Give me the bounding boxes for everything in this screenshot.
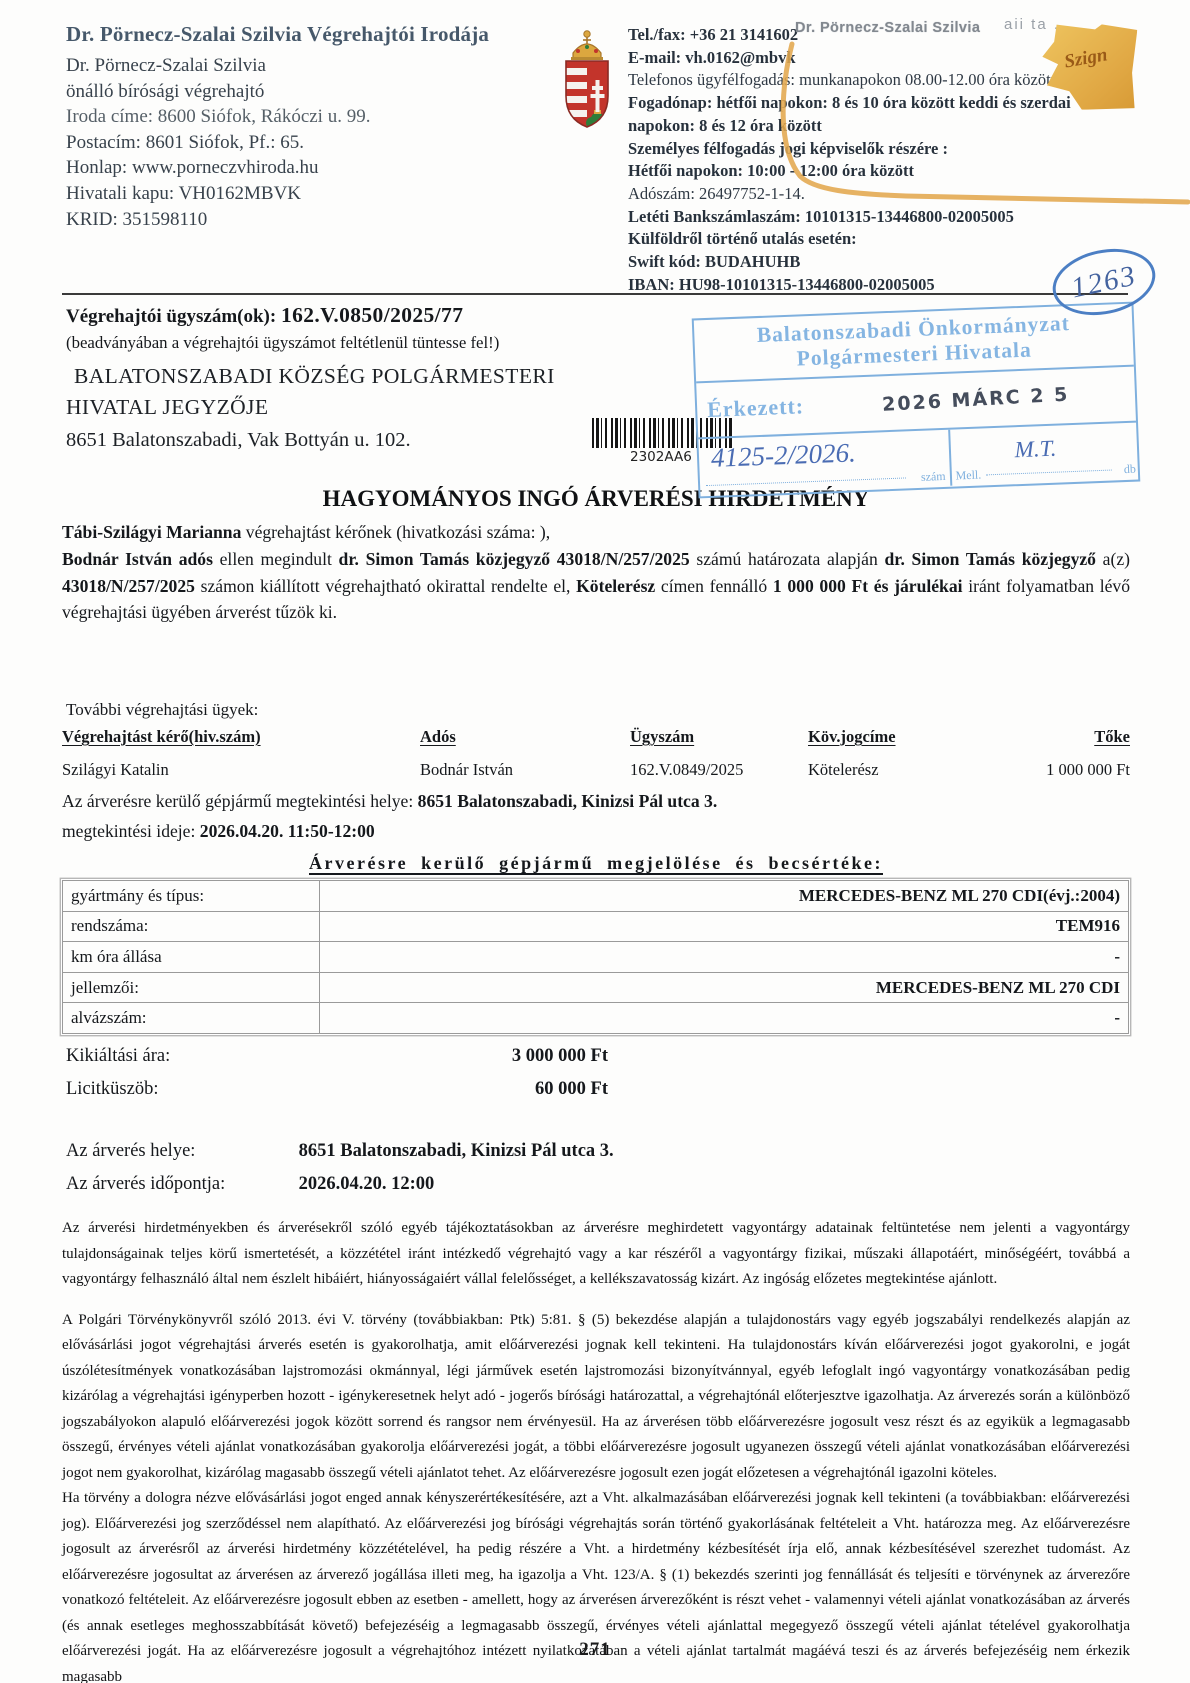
auction-place-label: Az árverés helye: xyxy=(66,1141,294,1162)
stamp-file-number-handwritten: 4125-2/2026. xyxy=(710,437,856,474)
table-row: alvázszám: - xyxy=(63,1003,1128,1033)
stamp-initials-handwritten: M.T. xyxy=(1014,436,1057,464)
auction-time-label: Az árverés időpontja: xyxy=(66,1174,294,1195)
vehicle-vin-value: - xyxy=(320,1008,1128,1028)
intro-paragraph: Tábi-Szilágyi Marianna végrehajtást kérő… xyxy=(62,519,1130,626)
contact-line: napokon: 8 és 12 óra között xyxy=(628,115,1148,138)
hungarian-coat-of-arms-icon xyxy=(556,26,618,132)
table-row: km óra állása - xyxy=(63,942,1128,973)
table-cell-case-number: 162.V.0849/2025 xyxy=(630,760,808,780)
received-stamp: Balatonszabadi Önkormányzat Polgármester… xyxy=(692,302,1141,499)
column-header-debtor: Adós xyxy=(420,727,630,747)
viewing-time-label: megtekintési ideje: xyxy=(62,821,200,841)
auction-time-line: Az árverés időpontja: 2026.04.20. 12:00 xyxy=(66,1174,434,1195)
sticky-note-signature: Szign xyxy=(1063,44,1109,73)
starting-price-label: Kikiáltási ára: xyxy=(66,1046,170,1066)
vehicle-odometer-label: km óra állása xyxy=(63,942,320,972)
stamp-attachment-label: Mell. xyxy=(955,468,981,484)
vehicle-make-value: MERCEDES-BENZ ML 270 CDI(évj.:2004) xyxy=(320,886,1128,906)
stamp-received-label: Érkezett: xyxy=(697,393,805,423)
table-cell-claim-title: Kötelerész xyxy=(808,760,998,780)
addressee-line: HIVATAL JEGYZŐJE xyxy=(66,395,268,420)
contact-line: Letéti Bankszámlaszám: 10101315-13446800… xyxy=(628,206,1148,229)
office-line: Iroda címe: 8600 Siófok, Rákóczi u. 99. xyxy=(66,104,489,130)
vehicle-vin-label: alvázszám: xyxy=(63,1003,320,1033)
contact-line: Külföldről történő utalás esetén: xyxy=(628,228,1148,251)
table-cell-debtor: Bodnár István xyxy=(420,760,630,780)
table-cell-creditor: Szilágyi Katalin xyxy=(62,760,420,780)
starting-price-line: Kikiáltási ára: 3 000 000 Ft xyxy=(66,1046,170,1067)
viewing-place-label: Az árverésre kerülő gépjármű megtekintés… xyxy=(62,791,418,811)
contact-line: Személyes félfogadás jogi képviselők rés… xyxy=(628,138,1148,161)
office-title: Dr. Pörnecz-Szalai Szilvia Végrehajtói I… xyxy=(66,22,489,47)
letterhead-office-block: Dr. Pörnecz-Szalai Szilvia Végrehajtói I… xyxy=(66,22,489,232)
office-line: Dr. Pörnecz-Szalai Szilvia xyxy=(66,53,489,79)
office-line: Hivatali kapu: VH0162MBVK xyxy=(66,181,489,207)
auction-place-line: Az árverés helye: 8651 Balatonszabadi, K… xyxy=(66,1141,614,1162)
overlay-name-stamp: Dr. Pörnecz-Szalai Szilvia xyxy=(795,20,980,36)
scanned-auction-notice-page: Dr. Pörnecz-Szalai Szilvia Végrehajtói I… xyxy=(0,0,1190,1683)
column-header-claim-title: Köv.jogcíme xyxy=(808,727,998,747)
vehicle-section-heading: Árverésre kerülő gépjármű megjelölése és… xyxy=(62,853,1130,874)
circled-number-value: 1263 xyxy=(1068,259,1139,305)
further-cases-heading: További végrehajtási ügyek: xyxy=(66,700,258,720)
legal-paragraph: Az árverési hirdetményekben és árverések… xyxy=(62,1216,1130,1293)
case-number-line: Végrehajtói ügyszám(ok): 162.V.0850/2025… xyxy=(66,303,463,328)
legal-text-block: Az árverési hirdetményekben és árverések… xyxy=(62,1216,1130,1683)
case-number-label: Végrehajtói ügyszám(ok): xyxy=(66,306,281,327)
office-line: önálló bírósági végrehajtó xyxy=(66,79,489,105)
case-number-value: 162.V.0850/2025/77 xyxy=(281,303,463,327)
table-row: rendszáma: TEM916 xyxy=(63,912,1128,943)
auction-time-value: 2026.04.20. 12:00 xyxy=(299,1174,435,1194)
vehicle-plate-label: rendszáma: xyxy=(63,912,320,942)
column-header-principal: Tőke xyxy=(998,727,1130,747)
bid-step-label: Licitküszöb: xyxy=(66,1079,158,1099)
addressee-line: BALATONSZABADI KÖZSÉG POLGÁRMESTERI xyxy=(74,364,555,389)
overlay-text-fragment: aii ta . xyxy=(1004,16,1060,33)
notice-title: HAGYOMÁNYOS INGÓ ÁRVERÉSI HIRDETMÉNY xyxy=(62,486,1130,512)
bid-step-line: Licitküszöb: 60 000 Ft xyxy=(66,1079,158,1100)
stamp-file-number-cell: 4125-2/2026. szám xyxy=(698,430,952,496)
vehicle-features-label: jellemzői: xyxy=(63,973,320,1003)
stamp-unit-label: db xyxy=(1124,462,1137,477)
office-line: KRID: 351598110 xyxy=(66,207,489,233)
vehicle-plate-value: TEM916 xyxy=(320,916,1128,936)
auction-place-value: 8651 Balatonszabadi, Kinizsi Pál utca 3. xyxy=(299,1141,614,1161)
table-row: gyártmány és típus: MERCEDES-BENZ ML 270… xyxy=(63,881,1128,912)
bid-step-value: 60 000 Ft xyxy=(396,1079,608,1100)
contact-line: Adószám: 26497752-1-14. xyxy=(628,183,1148,206)
case-number-note: (beadványában a végrehajtói ügyszámot fe… xyxy=(66,333,499,353)
contact-line: Fogadónap: hétfői napokon: 8 és 10 óra k… xyxy=(628,92,1148,115)
column-header-creditor: Végrehajtást kérő(hiv.szám) xyxy=(62,727,420,747)
column-header-case-number: Ügyszám xyxy=(630,727,808,747)
stamp-received-date: 2026 MÁRC 2 5 xyxy=(882,383,1070,415)
addressee-address: 8651 Balatonszabadi, Vak Bottyán u. 102. xyxy=(66,429,411,452)
office-line: Honlap: www.porneczvhiroda.hu xyxy=(66,155,489,181)
vehicle-features-value: MERCEDES-BENZ ML 270 CDI xyxy=(320,978,1128,998)
table-row: jellemzői: MERCEDES-BENZ ML 270 CDI xyxy=(63,973,1128,1004)
stamp-dotted-line xyxy=(706,477,906,486)
header-divider xyxy=(62,293,1128,295)
vehicle-make-label: gyártmány és típus: xyxy=(63,881,320,911)
viewing-time-line: megtekintési ideje: 2026.04.20. 11:50-12… xyxy=(62,821,375,842)
legal-paragraph: A Polgári Törvénykönyvről szóló 2013. év… xyxy=(62,1308,1130,1487)
further-cases-table: Végrehajtást kérő(hiv.szám) Adós Ügyszám… xyxy=(62,727,1130,780)
office-line: Postacím: 8601 Siófok, Pf.: 65. xyxy=(66,130,489,156)
starting-price-value: 3 000 000 Ft xyxy=(396,1046,608,1067)
viewing-place-line: Az árverésre kerülő gépjármű megtekintés… xyxy=(62,791,717,812)
viewing-place-value: 8651 Balatonszabadi, Kinizsi Pál utca 3. xyxy=(418,791,718,811)
vehicle-table: gyártmány és típus: MERCEDES-BENZ ML 270… xyxy=(62,880,1129,1034)
stamp-attachment-cell: M.T. Mell. db xyxy=(950,423,1138,486)
stamp-dotted-line xyxy=(986,470,1112,476)
stamp-file-number-label: szám xyxy=(921,469,946,485)
barcode-code: 2302AA6 xyxy=(630,449,692,465)
page-number: 271 xyxy=(0,1639,1190,1661)
contact-line: Hétfői napokon: 10:00 - 12:00 óra között xyxy=(628,160,1148,183)
viewing-time-value: 2026.04.20. 11:50-12:00 xyxy=(200,821,375,841)
table-cell-principal: 1 000 000 Ft xyxy=(998,760,1130,780)
vehicle-odometer-value: - xyxy=(320,947,1128,967)
